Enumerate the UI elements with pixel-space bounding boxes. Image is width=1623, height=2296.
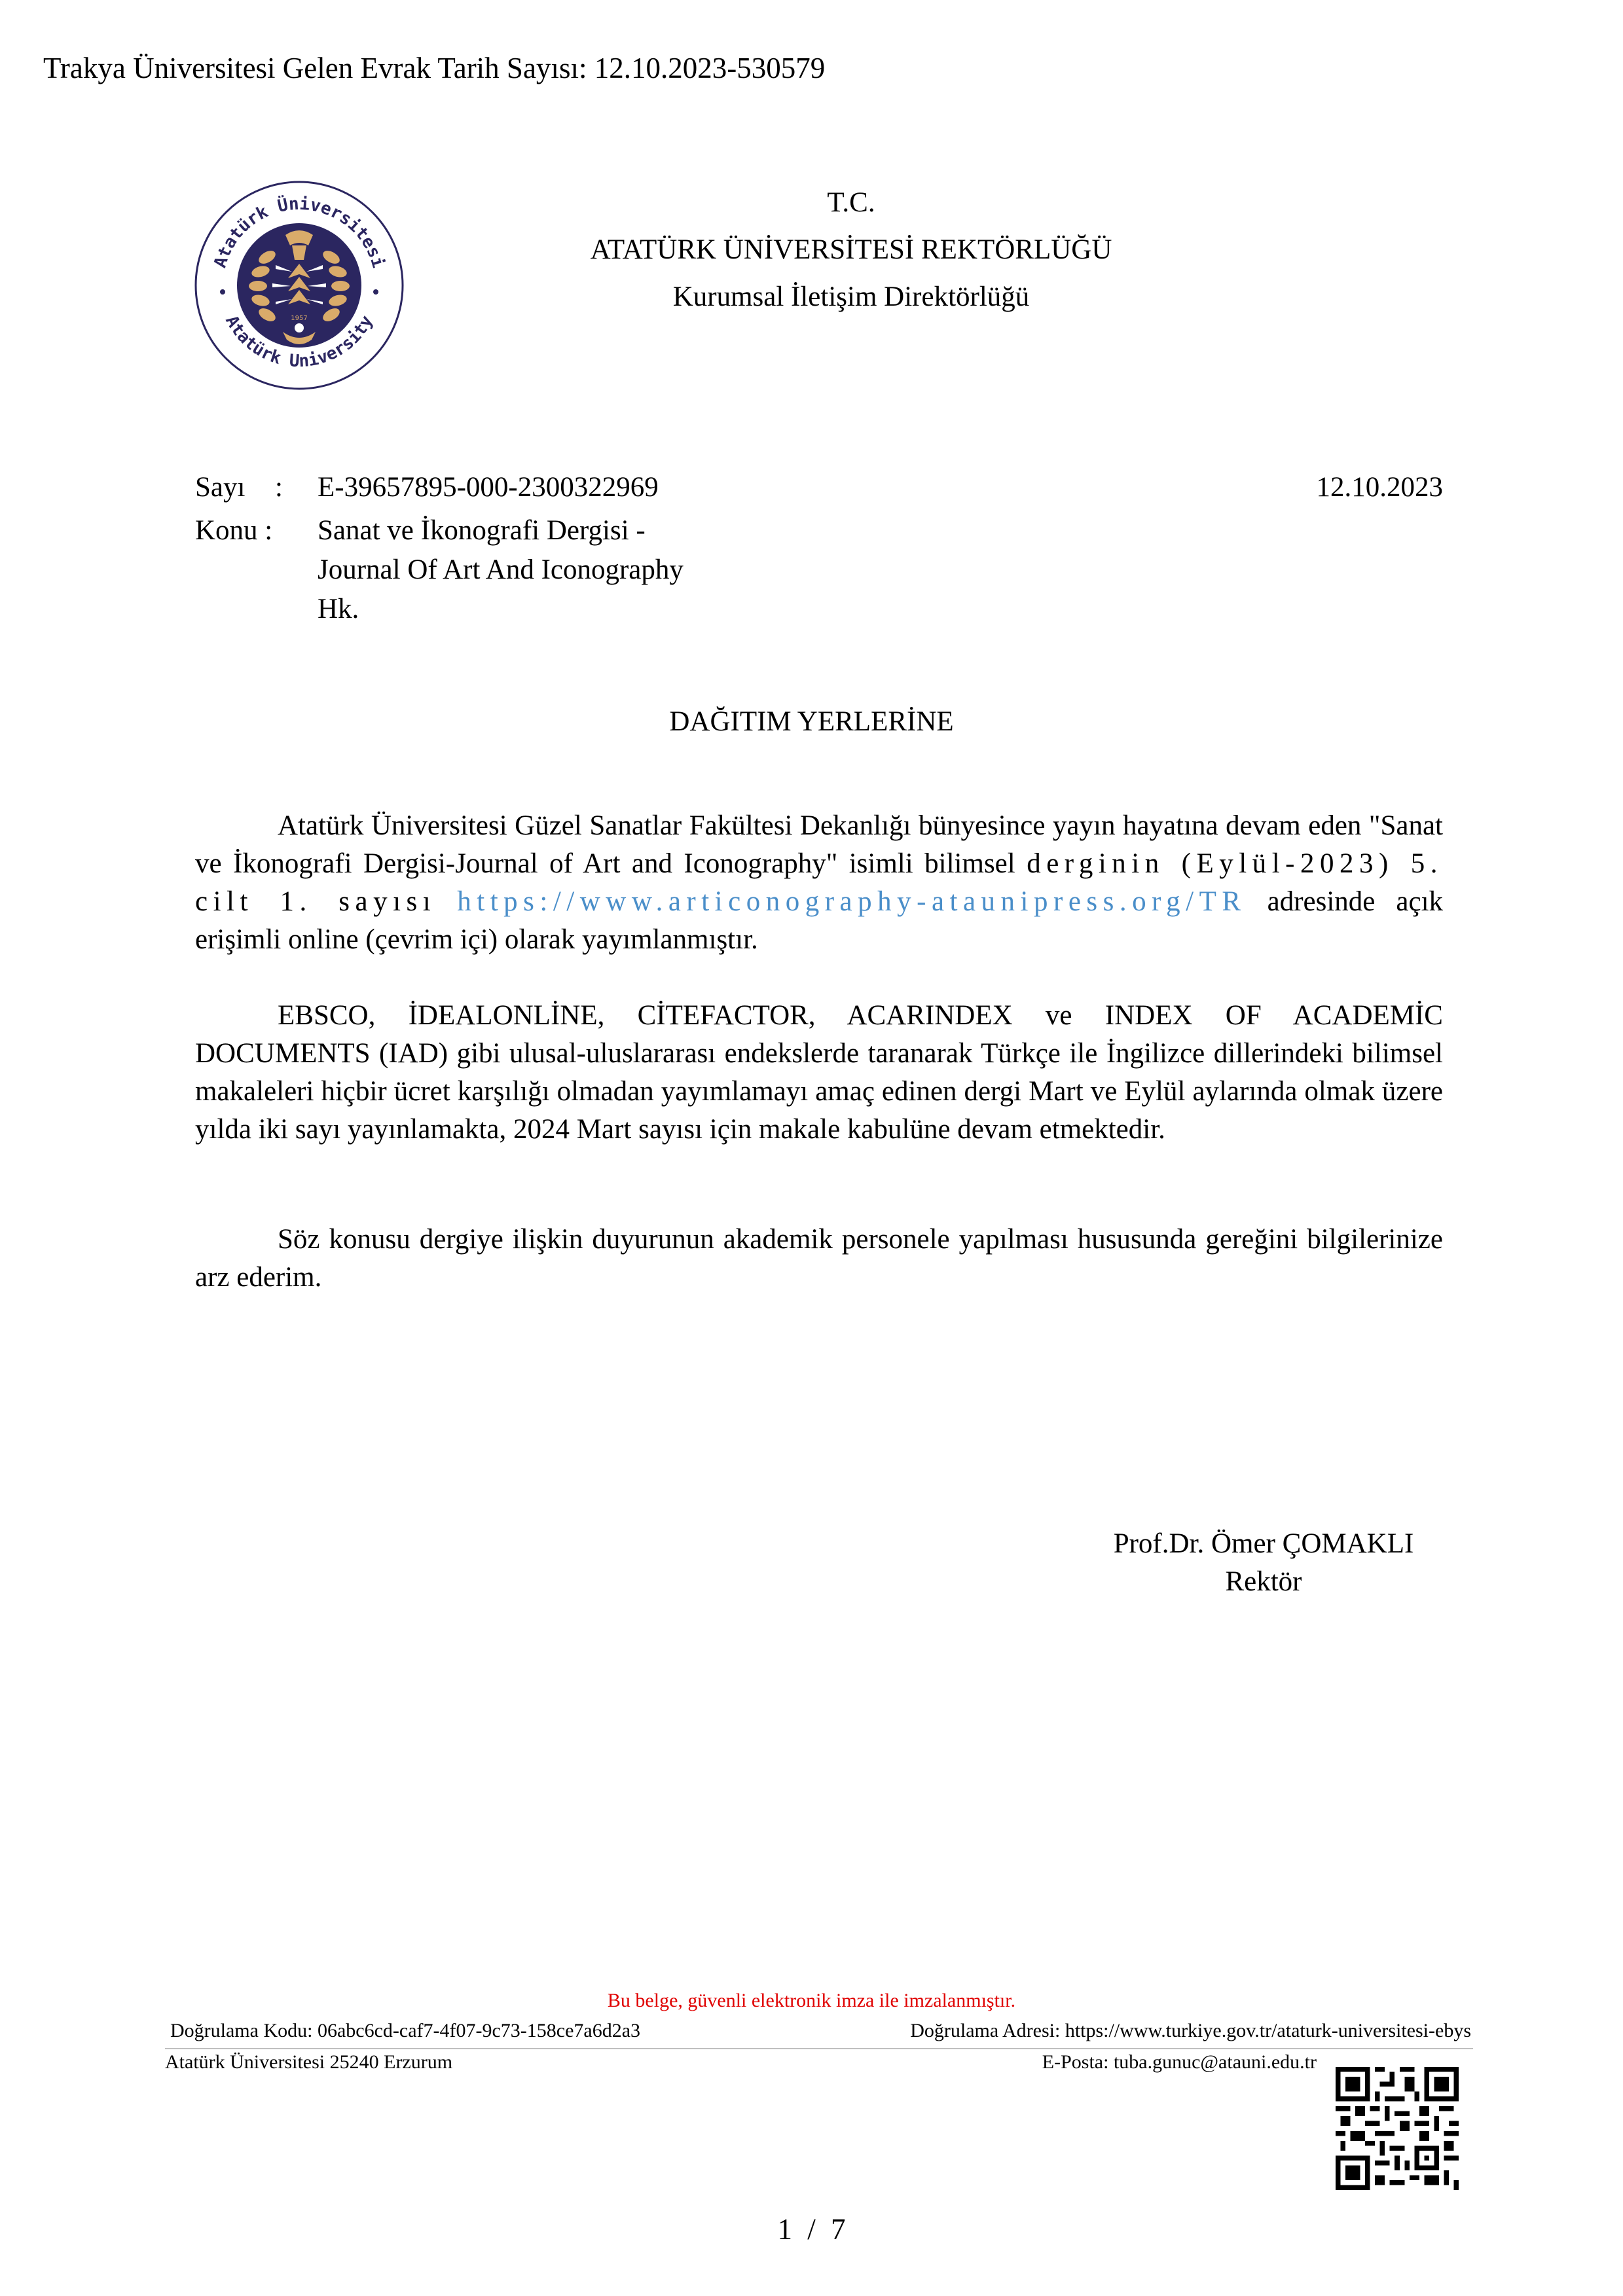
signatory-name: Prof.Dr. Ömer ÇOMAKLI bbox=[1041, 1525, 1486, 1563]
konu-line-3: Hk. bbox=[318, 593, 359, 625]
p3-text: Söz konusu dergiye ilişkin duyurunun aka… bbox=[195, 1221, 1443, 1297]
verification-code: Doğrulama Kodu: 06abc6cd-caf7-4f07-9c73-… bbox=[170, 2020, 640, 2042]
incoming-document-stamp: Trakya Üniversitesi Gelen Evrak Tarih Sa… bbox=[43, 51, 825, 85]
konu-line-1: Sanat ve İkonografi Dergisi - bbox=[318, 514, 646, 547]
body-paragraph-1: Atatürk Üniversitesi Güzel Sanatlar Fakü… bbox=[195, 807, 1443, 959]
body-paragraph-3: Söz konusu dergiye ilişkin duyurunun aka… bbox=[195, 1221, 1443, 1297]
contact-email[interactable]: E-Posta: tuba.gunuc@atauni.edu.tr bbox=[1042, 2051, 1317, 2073]
verification-address[interactable]: Doğrulama Adresi: https://www.turkiye.go… bbox=[910, 2020, 1471, 2042]
university-seal-icon: Atatürk Üniversitesi Atatürk University … bbox=[194, 180, 405, 391]
seal-year: 1957 bbox=[291, 315, 307, 322]
body-paragraph-2: EBSCO, İDEALONLİNE, CİTEFACTOR, ACARINDE… bbox=[195, 997, 1443, 1149]
page-separator: / bbox=[807, 2213, 816, 2246]
footer-divider bbox=[165, 2048, 1473, 2049]
esign-notice: Bu belge, güvenli elektronik imza ile im… bbox=[0, 1990, 1623, 2012]
page-indicator: 1 / 7 bbox=[0, 2212, 1623, 2246]
konu-line-2: Journal Of Art And Iconography bbox=[318, 554, 684, 586]
header-tc: T.C. bbox=[458, 187, 1244, 219]
distribution-heading: DAĞITIM YERLERİNE bbox=[0, 706, 1623, 738]
p2-text: EBSCO, İDEALONLİNE, CİTEFACTOR, ACARINDE… bbox=[195, 997, 1443, 1149]
signatory-title: Rektör bbox=[1041, 1563, 1486, 1601]
header-institution: ATATÜRK ÜNİVERSİTESİ REKTÖRLÜĞÜ bbox=[458, 234, 1244, 266]
header-department: Kurumsal İletişim Direktörlüğü bbox=[458, 281, 1244, 313]
institution-address: Atatürk Üniversitesi 25240 Erzurum bbox=[165, 2051, 452, 2073]
konu-label: Konu : bbox=[195, 514, 272, 547]
sayi-colon: : bbox=[275, 471, 283, 503]
qr-code-icon[interactable] bbox=[1336, 2067, 1459, 2190]
document-date: 12.10.2023 bbox=[1317, 471, 1444, 503]
sayi-value: E-39657895-000-2300322969 bbox=[318, 471, 659, 503]
total-pages: 7 bbox=[831, 2213, 846, 2246]
sayi-label: Sayı bbox=[195, 471, 245, 503]
current-page: 1 bbox=[777, 2213, 792, 2246]
journal-link[interactable]: https://www.articonography-ataunipress.o… bbox=[457, 886, 1246, 917]
